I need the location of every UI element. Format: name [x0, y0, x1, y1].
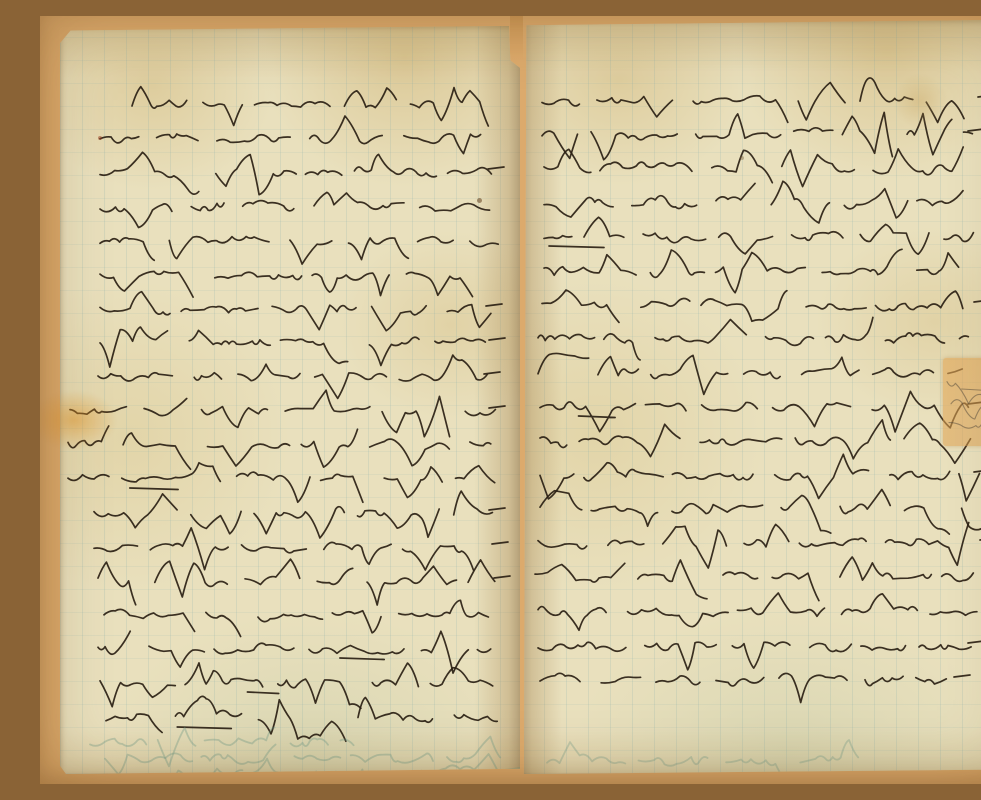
- handwriting-left: [60, 26, 520, 774]
- handwritten-text-line: [540, 420, 971, 463]
- handwritten-text-line: [100, 327, 505, 367]
- handwritten-text-line: [100, 237, 498, 265]
- handwritten-text-line: [535, 557, 973, 601]
- handwritten-text-line: [538, 317, 968, 360]
- handwritten-text-line: [540, 673, 970, 702]
- handwritten-text-line: [100, 663, 493, 708]
- handwritten-text-line: [90, 728, 354, 767]
- photo-caption: Archival photograph of a two-page handwr…: [40, 16, 41, 17]
- handwritten-text-line: [538, 523, 981, 569]
- handwritten-text-line: [100, 271, 473, 297]
- handwritten-text-line: [538, 353, 962, 394]
- handwritten-text-line: [542, 78, 981, 123]
- handwritten-text-line: [106, 696, 497, 741]
- handwritten-text-line: [68, 463, 495, 503]
- handwritten-text-line: [540, 454, 981, 501]
- handwritten-text-line: [98, 559, 510, 605]
- manuscript-page-left: [60, 26, 520, 774]
- handwriting-right: [522, 20, 981, 774]
- handwritten-text-line: [547, 740, 858, 783]
- handwritten-text-line: [540, 490, 981, 535]
- handwritten-text-line: [544, 249, 959, 292]
- handwritten-text-line: [98, 355, 500, 398]
- handwritten-text-line: [544, 217, 973, 254]
- manuscript-page-right: [522, 20, 981, 774]
- handwritten-text-line: [100, 116, 481, 154]
- handwritten-text-line: [100, 292, 502, 331]
- handwritten-text-line: [98, 631, 491, 673]
- handwritten-text-line: [538, 641, 981, 670]
- handwritten-text-line: [94, 528, 508, 570]
- handwritten-text-line: [100, 152, 504, 194]
- handwritten-text-line: [132, 87, 488, 126]
- handwritten-text-line: [544, 181, 963, 223]
- fold-gap: [510, 16, 523, 60]
- handwritten-text-line: [542, 112, 981, 159]
- handwritten-text-line: [538, 593, 977, 630]
- manuscript-photo: Archival photograph of a two-page handwr…: [40, 16, 981, 784]
- handwritten-text-line: [70, 390, 505, 437]
- handwritten-text-line: [544, 147, 963, 187]
- handwritten-text-line: [100, 192, 490, 227]
- handwritten-text-line: [104, 600, 488, 636]
- handwritten-text-line: [542, 290, 981, 322]
- handwritten-text-line: [94, 491, 505, 538]
